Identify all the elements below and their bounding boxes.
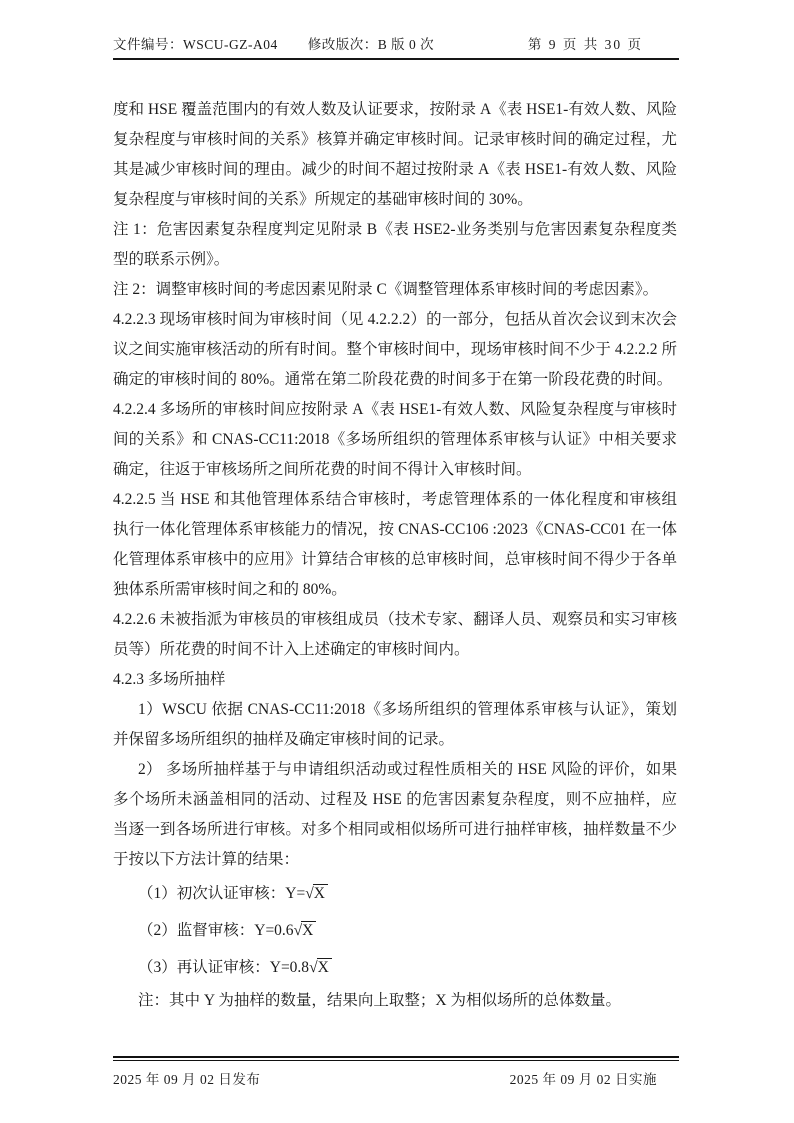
formula-text: （2）监督审核：Y=0.6: [138, 922, 294, 939]
formula-text: （3）再认证审核：Y=0.8: [138, 959, 309, 976]
sqrt-icon: √X: [294, 922, 317, 939]
formula-surveillance-audit: （2）监督审核：Y=0.6√X: [113, 912, 677, 949]
clause-4-2-2-3: 4.2.2.3 现场审核时间为审核时间（见 4.2.2.2）的一部分，包括从首次…: [113, 305, 677, 395]
sampling-note: 注：其中 Y 为抽样的数量，结果向上取整；X 为相似场所的总体数量。: [113, 986, 677, 1016]
issue-date: 2025 年 09 月 02 日发布: [113, 1068, 260, 1088]
list-item-2: 2） 多场所抽样基于与申请组织活动或过程性质相关的 HSE 风险的评价，如果多个…: [113, 755, 677, 875]
document-body: 度和 HSE 覆盖范围内的有效人数及认证要求，按附录 A《表 HSE1-有效人数…: [113, 95, 677, 1016]
header-row: 文件编号：WSCU-GZ-A04 修改版次：B 版 0 次 第 9 页 共 30…: [113, 33, 679, 53]
list-item-1: 1）WSCU 依据 CNAS-CC11:2018《多场所组织的管理体系审核与认证…: [113, 695, 677, 755]
document-page: 文件编号：WSCU-GZ-A04 修改版次：B 版 0 次 第 9 页 共 30…: [0, 0, 794, 1123]
header-rule: [113, 58, 679, 60]
clause-4-2-3-heading: 4.2.3 多场所抽样: [113, 665, 677, 695]
formula-initial-certification: （1）初次认证审核：Y=√X: [113, 875, 677, 912]
radicand: X: [301, 921, 316, 939]
note-2: 注 2：调整审核时间的考虑因素见附录 C《调整管理体系审核时间的考虑因素》。: [113, 275, 677, 305]
revision-label: 修改版次：B 版 0 次: [308, 33, 434, 53]
doc-number: 文件编号：WSCU-GZ-A04: [113, 33, 278, 53]
radicand: X: [317, 958, 332, 976]
clause-4-2-2-5: 4.2.2.5 当 HSE 和其他管理体系结合审核时，考虑管理体系的一体化程度和…: [113, 485, 677, 605]
note-1: 注 1：危害因素复杂程度判定见附录 B《表 HSE2-业务类别与危害因素复杂程度…: [113, 215, 677, 275]
footer-rule: [113, 1056, 679, 1061]
footer-row: 2025 年 09 月 02 日发布 2025 年 09 月 02 日实施: [113, 1068, 679, 1088]
implementation-date: 2025 年 09 月 02 日实施: [510, 1068, 657, 1088]
page-header: 文件编号：WSCU-GZ-A04 修改版次：B 版 0 次 第 9 页 共 30…: [113, 33, 679, 60]
formula-recertification-audit: （3）再认证审核：Y=0.8√X: [113, 949, 677, 986]
sqrt-icon: √X: [309, 959, 332, 976]
page-indicator: 第 9 页 共 30 页: [528, 33, 643, 53]
clause-4-2-2-4: 4.2.2.4 多场所的审核时间应按附录 A《表 HSE1-有效人数、风险复杂程…: [113, 395, 677, 485]
page-footer: 2025 年 09 月 02 日发布 2025 年 09 月 02 日实施: [113, 1056, 679, 1088]
paragraph-continuation: 度和 HSE 覆盖范围内的有效人数及认证要求，按附录 A《表 HSE1-有效人数…: [113, 95, 677, 215]
sqrt-icon: √X: [305, 885, 328, 902]
radicand: X: [313, 884, 328, 902]
formula-text: （1）初次认证审核：Y=: [138, 885, 305, 902]
clause-4-2-2-6: 4.2.2.6 未被指派为审核员的审核组成员（技术专家、翻译人员、观察员和实习审…: [113, 605, 677, 665]
